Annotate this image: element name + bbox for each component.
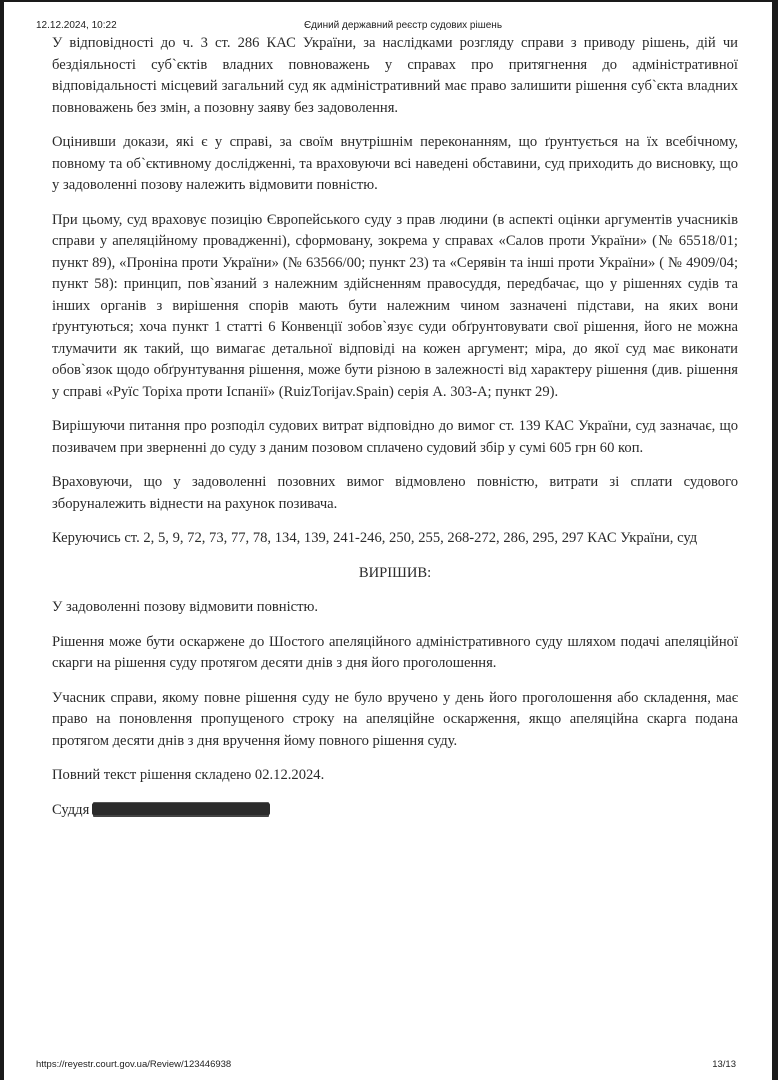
registry-title: Єдиний державний реєстр судових рішень: [36, 20, 740, 31]
paragraph-court-costs: Вирішуючи питання про розподіл судових в…: [52, 416, 738, 459]
full-text-date: Повний текст рішення складено 02.12.2024…: [52, 765, 738, 787]
redacted-judge-name: [92, 803, 270, 815]
paragraph-fee-allocation: Враховуючи, що у задоволенні позовних ви…: [52, 472, 738, 515]
page-header: 12.12.2024, 10:22 Єдиний державний реєст…: [36, 20, 740, 34]
paragraph-evidence-assessment: Оцінивши докази, які є у справі, за свої…: [52, 132, 738, 197]
judge-signature: Суддя: [52, 800, 738, 822]
source-url[interactable]: https://reyestr.court.gov.ua/Review/1234…: [36, 1059, 231, 1070]
judge-label: Суддя: [52, 802, 89, 818]
decision-heading: ВИРІШИВ:: [52, 563, 738, 585]
decision-paragraph-appeal: Рішення може бути оскаржене до Шостого а…: [52, 632, 738, 675]
page-number: 13/13: [712, 1059, 736, 1070]
document-body: У відповідності до ч. 3 ст. 286 КАС Укра…: [52, 33, 738, 834]
document-page: 12.12.2024, 10:22 Єдиний державний реєст…: [4, 2, 772, 1080]
decision-paragraph-dismissed: У задоволенні позову відмовити повністю.: [52, 597, 738, 619]
paragraph-legal-basis: У відповідності до ч. 3 ст. 286 КАС Укра…: [52, 33, 738, 119]
paragraph-articles-cited: Керуючись ст. 2, 5, 9, 72, 73, 77, 78, 1…: [52, 528, 738, 550]
decision-paragraph-appeal-term: Учасник справи, якому повне рішення суду…: [52, 688, 738, 753]
paragraph-echr-position: При цьому, суд враховує позицію Європейс…: [52, 210, 738, 404]
